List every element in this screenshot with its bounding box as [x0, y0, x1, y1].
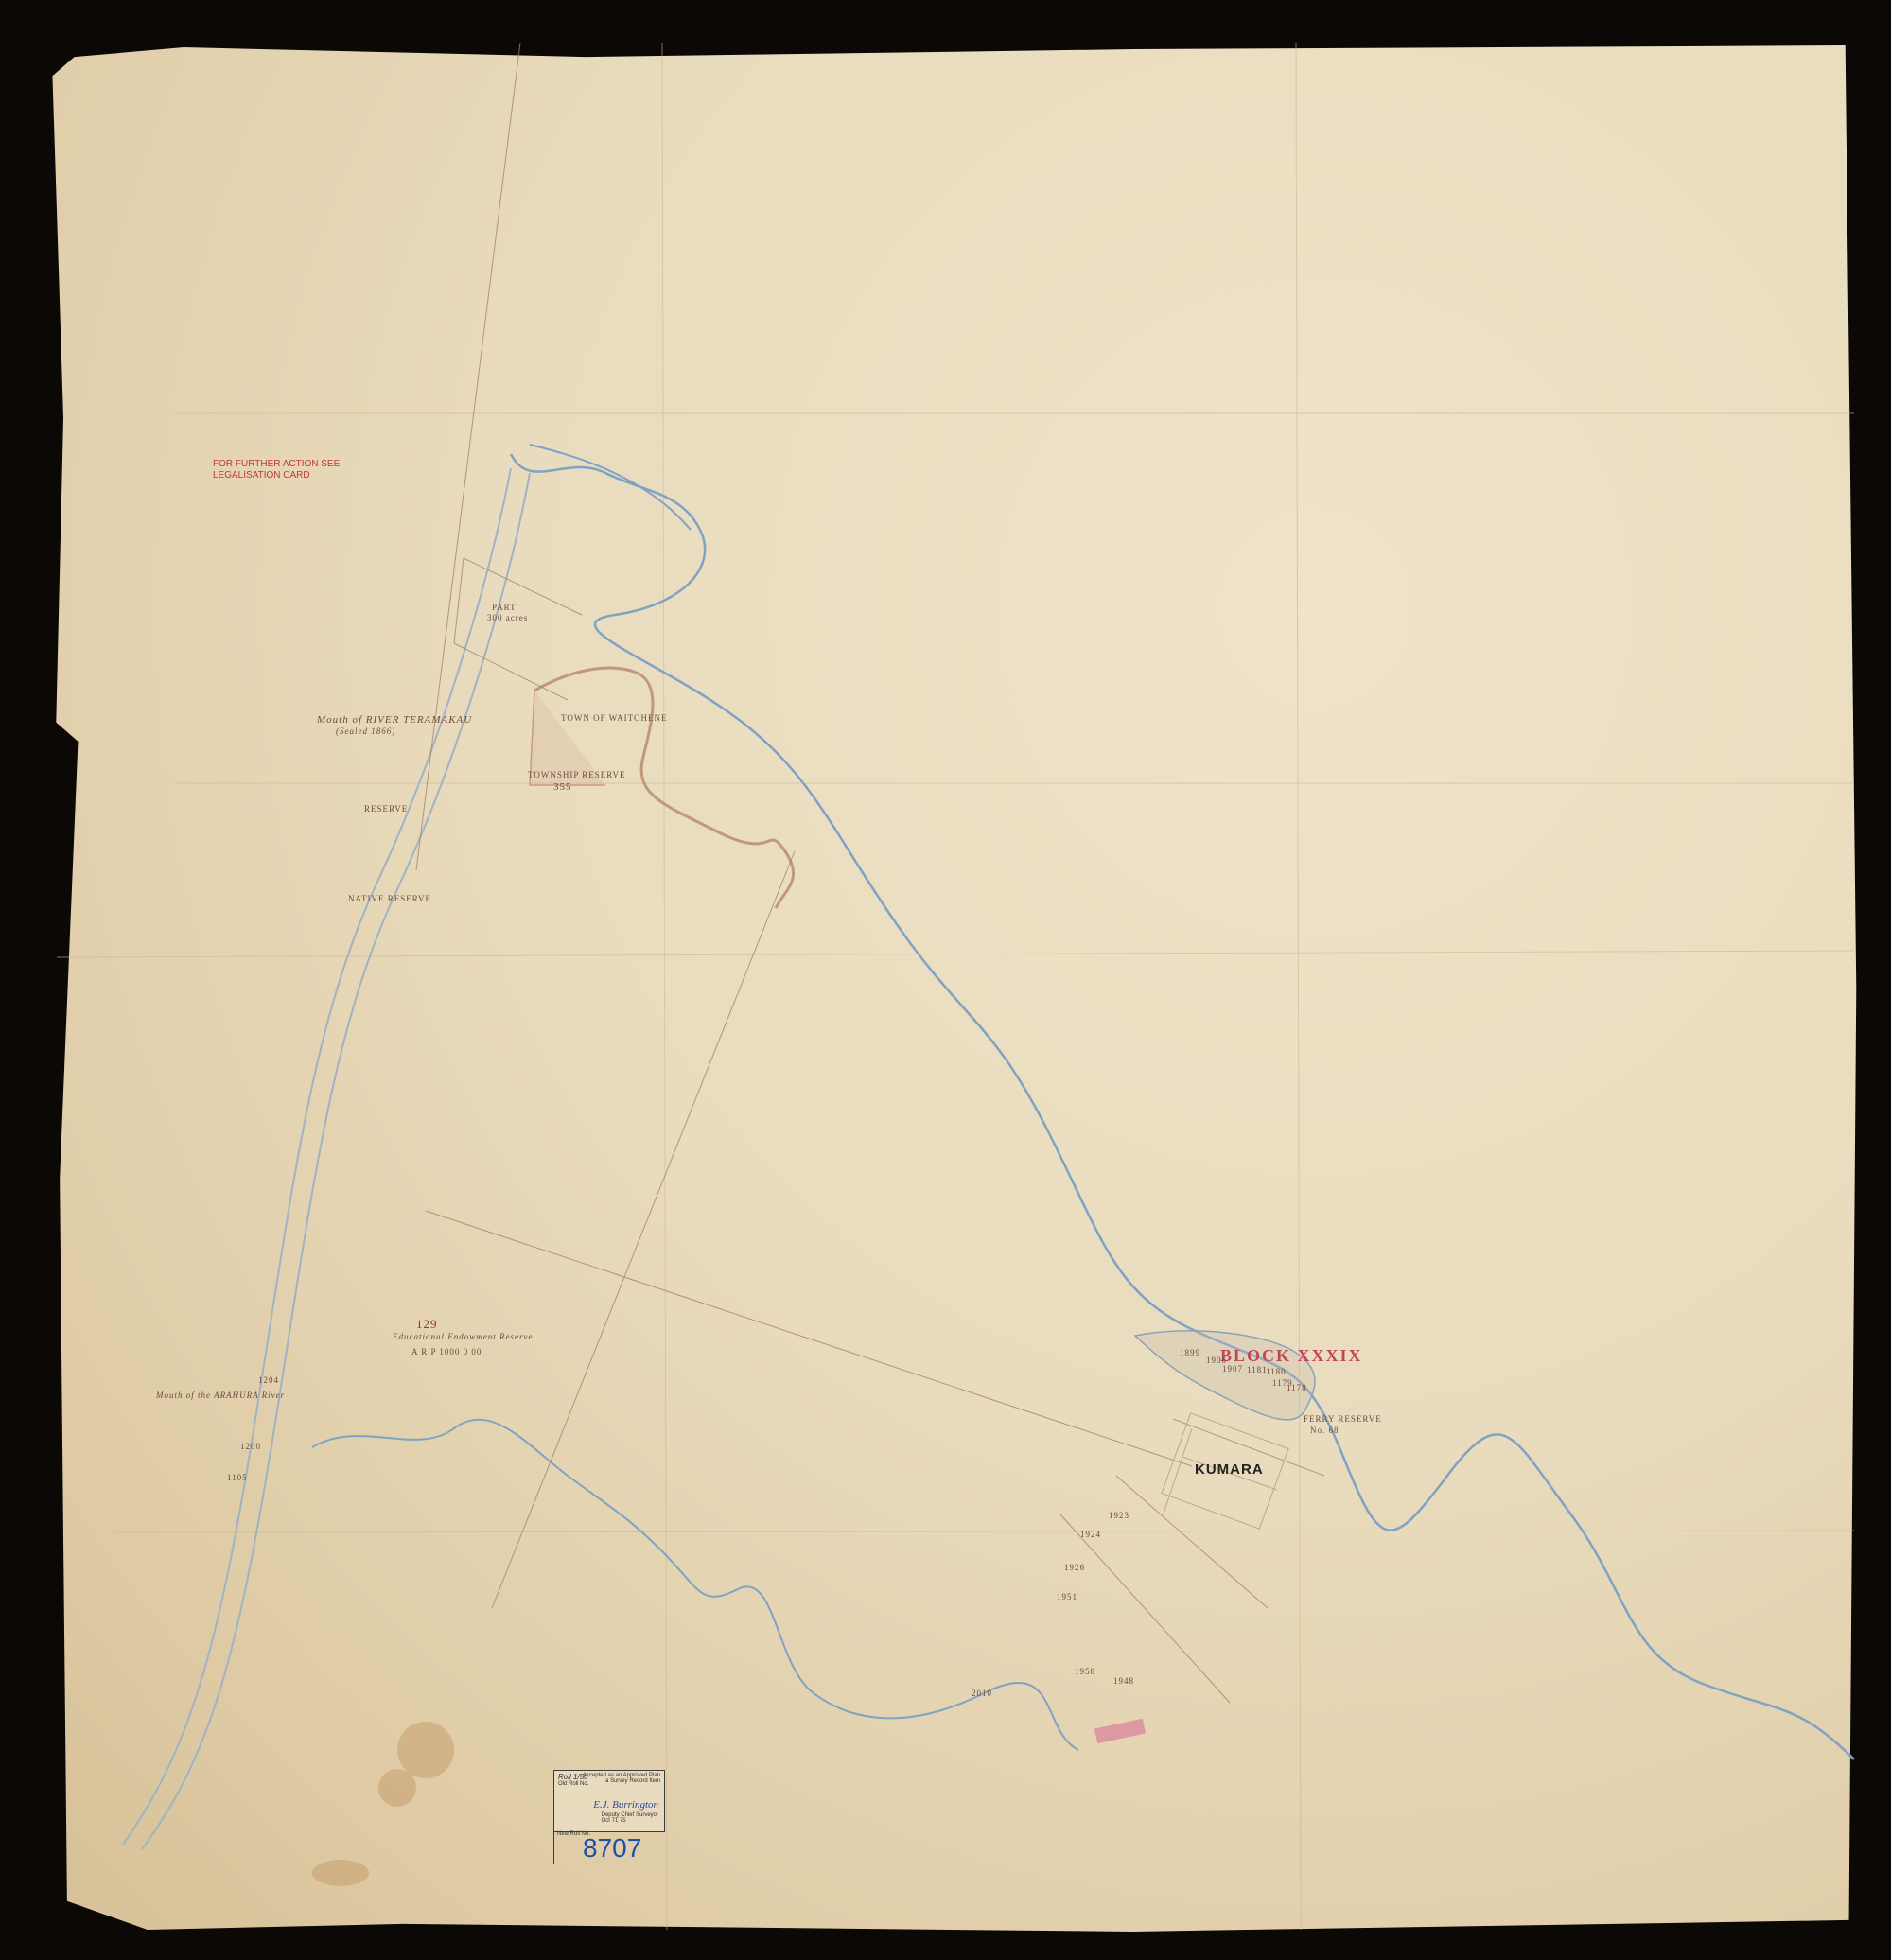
lot-number: 1951 [1057, 1592, 1077, 1601]
lot-number: 1958 [1075, 1667, 1095, 1676]
kumara-label: KUMARA [1195, 1461, 1264, 1478]
deputy-label: Deputy Chief Surveyor Oct 71 75 [602, 1812, 658, 1824]
ferry-reserve-label: FERRY RESERVE [1304, 1414, 1382, 1424]
legalisation-stamp: FOR FURTHER ACTION SEE LEGALISATION CARD [213, 459, 340, 481]
lot-number: 1899 [1180, 1348, 1200, 1357]
lot-number: 1180 [1266, 1367, 1287, 1376]
river-mouth-note: (Sealed 1866) [336, 726, 395, 736]
educational-reserve-area: A R P 1000 0 00 [411, 1347, 482, 1356]
approval-stamp: Roll 1/50 Old Roll No. Accepted as an Ap… [553, 1770, 665, 1832]
lot-number: 2010 [972, 1689, 992, 1698]
ferry-reserve-number: No. 68 [1310, 1426, 1339, 1435]
lot-number: 1926 [1064, 1563, 1085, 1572]
lot-number: 1204 [258, 1375, 279, 1385]
river-mouth-label: Mouth of RIVER TERAMAKAU [317, 714, 472, 726]
signature: E.J. Burrington [593, 1799, 658, 1811]
new-roll-number: 8707 [583, 1833, 641, 1864]
township-reserve-number: 355 [553, 781, 572, 793]
lot-number: 1923 [1109, 1511, 1129, 1520]
lot-number: 1907 [1222, 1364, 1243, 1374]
lot-number: 1181 [1247, 1365, 1268, 1374]
accepted-text: Accepted as an Approved Plan a Survey Re… [583, 1773, 660, 1784]
educational-lot-number: 129 [416, 1317, 438, 1332]
lot-number: 1200 [240, 1442, 261, 1451]
map-linework [0, 0, 1891, 1960]
lower-mouth-label: Mouth of the ARAHURA River [156, 1391, 285, 1400]
block-label: BLOCK XXXIX [1220, 1346, 1363, 1366]
town-label: TOWN OF WAITOHENE [561, 713, 668, 723]
lot-number: 1948 [1113, 1676, 1134, 1686]
native-reserve-label: NATIVE RESERVE [348, 894, 431, 903]
township-reserve-label: TOWNSHIP RESERVE [528, 770, 626, 779]
lot-number: 1105 [227, 1473, 248, 1482]
educational-reserve-label: Educational Endowment Reserve [393, 1332, 533, 1341]
lot-number: 1924 [1080, 1530, 1101, 1539]
part-label: PART [492, 603, 517, 612]
lot-number: 1178 [1287, 1383, 1307, 1392]
part-area: 300 acres [487, 613, 528, 622]
new-roll-box: New Roll No. 8707 [553, 1829, 657, 1864]
reserve-label: RESERVE [364, 804, 408, 814]
